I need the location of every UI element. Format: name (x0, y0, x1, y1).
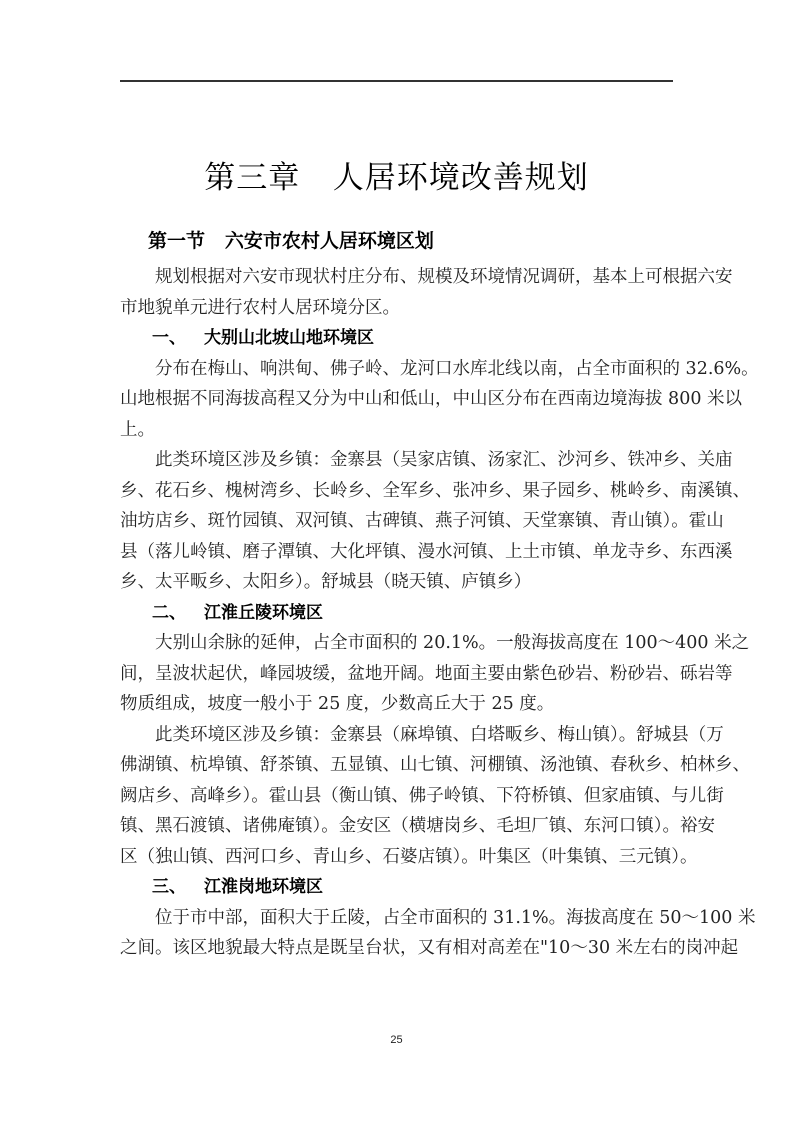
paragraph-line: 物质组成，坡度一般小于 25 度，少数高丘大于 25 度。 (120, 689, 676, 720)
paragraph-line: 此类环境区涉及乡镇：金寨县（麻埠镇、白塔畈乡、梅山镇）。舒城县（万 (120, 720, 676, 751)
paragraph-line: 大别山余脉的延伸，占全市面积的 20.1%。一般海拔高度在 100～400 米之 (120, 628, 676, 659)
paragraph-line: 此类环境区涉及乡镇：金寨县（吴家店镇、汤家汇、沙河乡、铁冲乡、关庙 (120, 445, 676, 476)
zone-number: 一、 (120, 323, 204, 354)
page-number: 25 (0, 1034, 793, 1046)
paragraph-line: 镇、黑石渡镇、诸佛庵镇）。金安区（横塘岗乡、毛坦厂镇、东河口镇）。裕安 (120, 811, 676, 842)
zone-title: 江淮丘陵环境区 (204, 598, 323, 629)
paragraph-line: 佛湖镇、杭埠镇、舒茶镇、五显镇、山七镇、河棚镇、汤池镇、春秋乡、柏林乡、 (120, 750, 676, 781)
zone-heading: 三、 江淮岗地环境区 (120, 872, 676, 903)
zone-number: 二、 (120, 598, 204, 629)
chapter-title: 第三章 人居环境改善规划 (0, 152, 793, 197)
paragraph-line: 市地貌单元进行农村人居环境分区。 (120, 293, 676, 324)
section-title: 第一节 六安市农村人居环境区划 (148, 226, 434, 253)
paragraph-line: 阙店乡、高峰乡）。霍山县（衡山镇、佛子岭镇、下符桥镇、但家庙镇、与儿街 (120, 781, 676, 812)
zone-title: 江淮岗地环境区 (204, 872, 323, 903)
paragraph-line: 规划根据对六安市现状村庄分布、规模及环境情况调研，基本上可根据六安 (120, 262, 676, 293)
paragraph-line: 区（独山镇、西河口乡、青山乡、石婆店镇）。叶集区（叶集镇、三元镇）。 (120, 842, 676, 873)
paragraph-line: 上。 (120, 415, 676, 446)
zone-number: 三、 (120, 872, 204, 903)
paragraph-line: 油坊店乡、斑竹园镇、双河镇、古碑镇、燕子河镇、天堂寨镇、青山镇）。霍山 (120, 506, 676, 537)
zone-heading: 一、 大别山北坡山地环境区 (120, 323, 676, 354)
zone-title: 大别山北坡山地环境区 (204, 323, 374, 354)
paragraph-line: 乡、太平畈乡、太阳乡）。舒城县（晓天镇、庐镇乡） (120, 567, 676, 598)
paragraph-line: 间，呈波状起伏，峰园坡缓，盆地开阔。地面主要由紫色砂岩、粉砂岩、砾岩等 (120, 659, 676, 690)
paragraph-line: 之间。该区地貌最大特点是既呈台状，又有相对高差在"10～30 米左右的岗冲起 (120, 933, 676, 964)
paragraph-line: 山地根据不同海拔高程又分为中山和低山，中山区分布在西南边境海拔 800 米以 (120, 384, 676, 415)
document-body: 规划根据对六安市现状村庄分布、规模及环境情况调研，基本上可根据六安 市地貌单元进… (120, 262, 676, 964)
zone-heading: 二、 江淮丘陵环境区 (120, 598, 676, 629)
paragraph-line: 分布在梅山、响洪甸、佛子岭、龙河口水库北线以南，占全市面积的 32.6%。 (120, 354, 676, 385)
paragraph-line: 位于市中部，面积大于丘陵，占全市面积的 31.1%。海拔高度在 50～100 米 (120, 903, 676, 934)
paragraph-line: 乡、花石乡、槐树湾乡、长岭乡、全军乡、张冲乡、果子园乡、桃岭乡、南溪镇、 (120, 476, 676, 507)
header-rule (120, 80, 673, 82)
paragraph-line: 县（落儿岭镇、磨子潭镇、大化坪镇、漫水河镇、上土市镇、单龙寺乡、东西溪 (120, 537, 676, 568)
